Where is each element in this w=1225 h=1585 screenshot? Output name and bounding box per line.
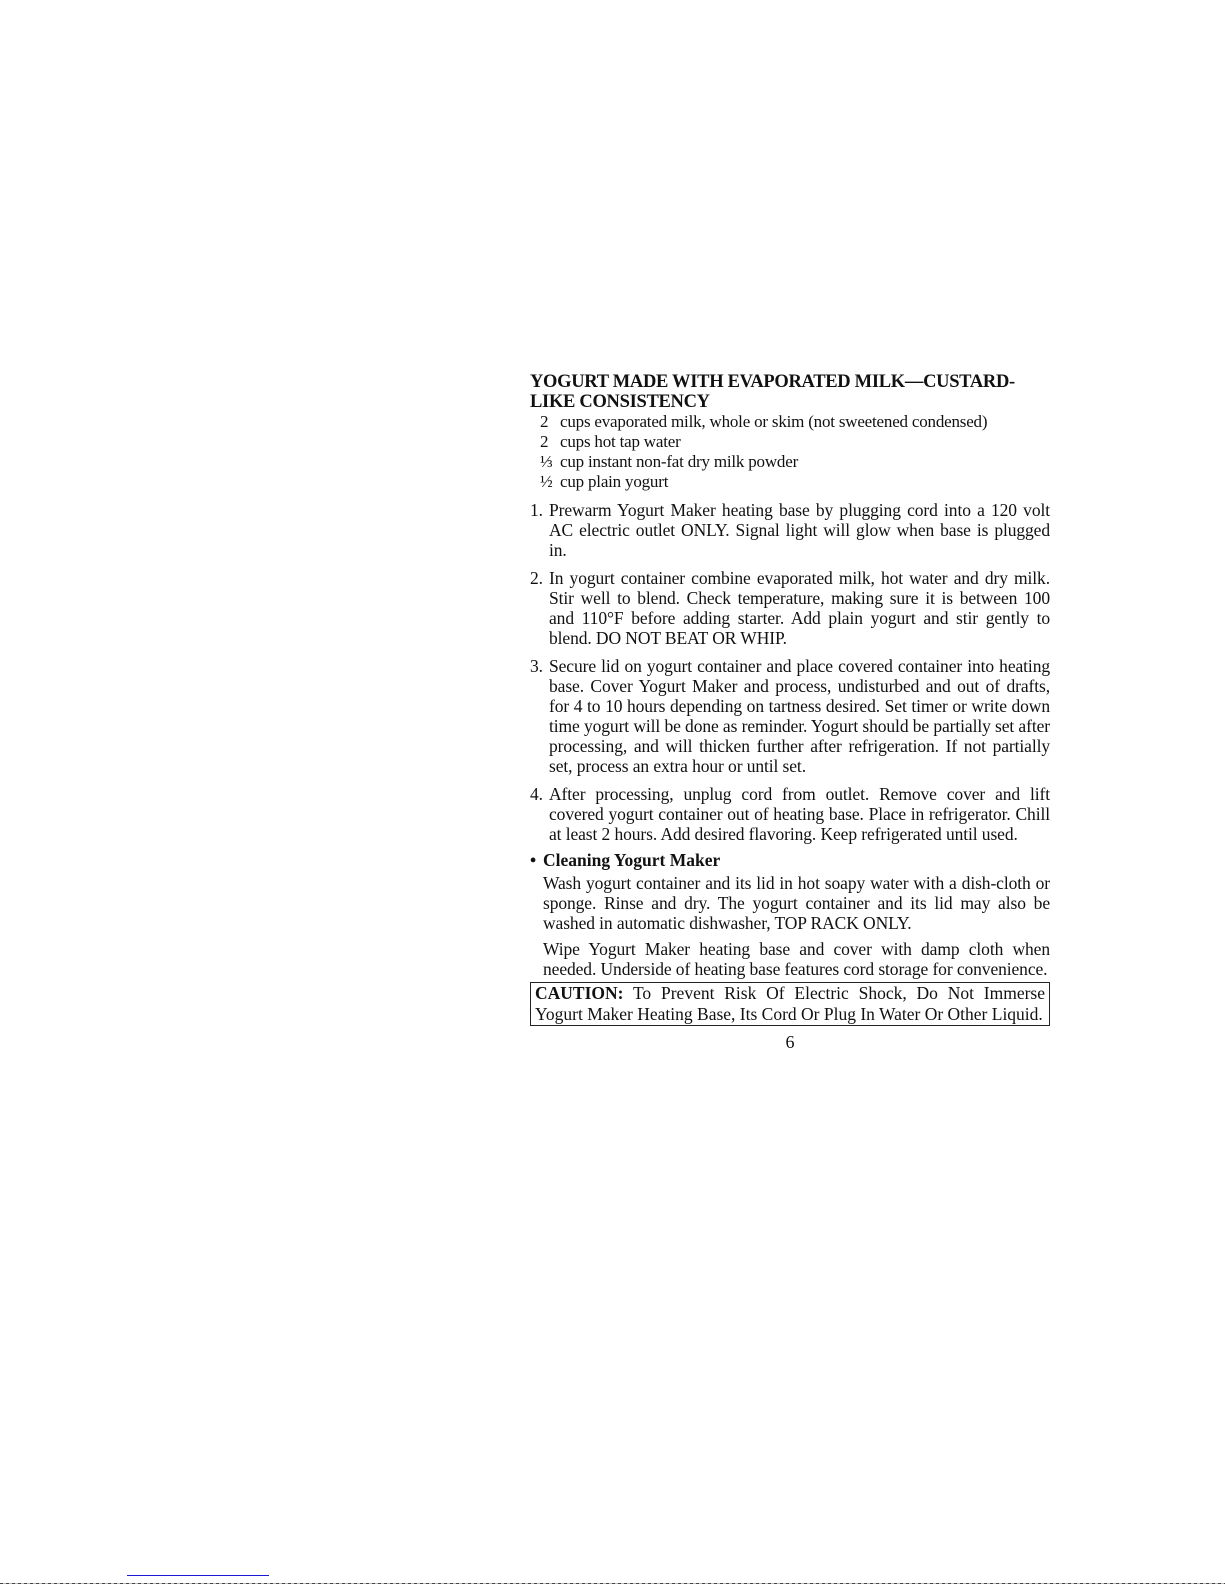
ingredient-text: cup instant non-fat dry milk powder (560, 452, 798, 471)
ingredient-text: cup plain yogurt (560, 472, 668, 491)
ingredient-item: 2 cups evaporated milk, whole or skim (n… (530, 412, 1050, 432)
step-number: 3. (530, 656, 543, 676)
step-item: 3. Secure lid on yogurt container and pl… (530, 656, 1050, 776)
ingredient-item: ½ cup plain yogurt (530, 472, 1050, 492)
page-number: 6 (530, 1032, 1050, 1053)
ingredient-text: cups evaporated milk, whole or skim (not… (560, 412, 987, 431)
document-page: YOGURT MADE WITH EVAPORATED MILK—CUSTARD… (530, 372, 1050, 1053)
step-list: 1. Prewarm Yogurt Maker heating base by … (530, 500, 1050, 844)
ingredient-qty: ⅓ (540, 452, 558, 472)
step-text: Prewarm Yogurt Maker heating base by plu… (549, 500, 1050, 560)
step-item: 2. In yogurt container combine evaporate… (530, 568, 1050, 648)
step-number: 1. (530, 500, 543, 520)
step-number: 2. (530, 568, 543, 588)
ingredient-list: 2 cups evaporated milk, whole or skim (n… (530, 412, 1050, 492)
bullet-icon: • (530, 850, 536, 870)
caution-label: CAUTION: (535, 983, 623, 1003)
ingredient-text: cups hot tap water (560, 432, 681, 451)
step-number: 4. (530, 784, 543, 804)
step-text: After processing, unplug cord from outle… (549, 784, 1050, 844)
ingredient-item: 2 cups hot tap water (530, 432, 1050, 452)
ingredient-qty: 2 (540, 432, 558, 452)
step-item: 4. After processing, unplug cord from ou… (530, 784, 1050, 844)
ingredient-item: ⅓ cup instant non-fat dry milk powder (530, 452, 1050, 472)
cleaning-heading: • Cleaning Yogurt Maker (530, 850, 1050, 870)
cleaning-heading-text: Cleaning Yogurt Maker (543, 850, 720, 870)
caution-box: CAUTION: To Prevent Risk Of Electric Sho… (530, 982, 1050, 1026)
ingredient-qty: 2 (540, 412, 558, 432)
step-text: Secure lid on yogurt container and place… (549, 656, 1050, 776)
recipe-title: YOGURT MADE WITH EVAPORATED MILK—CUSTARD… (530, 372, 1050, 412)
cleaning-paragraph: Wash yogurt container and its lid in hot… (530, 873, 1050, 933)
page-bottom-edge (0, 1583, 1225, 1584)
step-text: In yogurt container combine evaporated m… (549, 568, 1050, 648)
cleaning-paragraph: Wipe Yogurt Maker heating base and cover… (530, 939, 1050, 979)
ingredient-qty: ½ (540, 472, 558, 492)
scan-artifact-line (127, 1575, 269, 1576)
step-item: 1. Prewarm Yogurt Maker heating base by … (530, 500, 1050, 560)
